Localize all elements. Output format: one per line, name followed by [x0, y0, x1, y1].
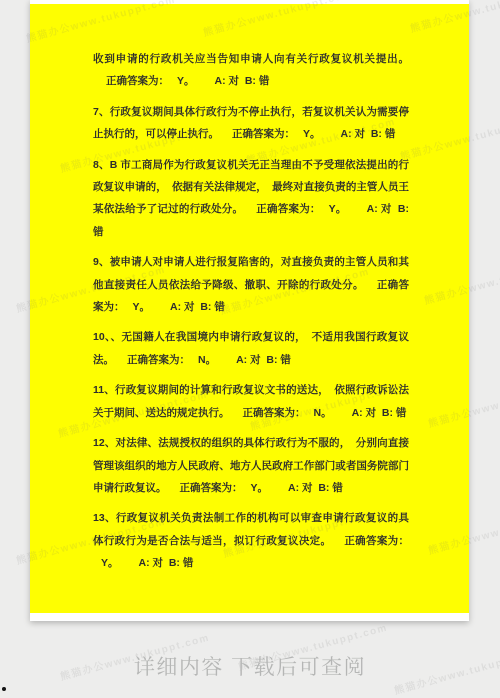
answer-options: A: 对 B: 错 [352, 407, 407, 419]
question-number: 10、 [93, 331, 111, 343]
answer-value: N。 [314, 407, 332, 419]
answer-options: A: 对 B: 错 [170, 301, 225, 313]
question-text: B 市工商局作为行政复议机关无正当理由不予受理依法提出的行政复议申请的， 依据有… [93, 159, 409, 216]
answer-value: Y。 [177, 75, 195, 87]
question-number: 7、 [93, 106, 110, 118]
answer-label: 正确答案为： [180, 482, 243, 494]
corner-dot [2, 687, 6, 691]
document-preview-screen: 收到申请的行政机关应当告知申请人向有关行政复议机关提出。正确答案为：Y。A: 对… [0, 0, 500, 698]
footer-caption: 详细内容 下载后可查阅 [0, 651, 500, 681]
question-paragraph: 7、行政复议期间具体行政行为不停止执行，若复议机关认为需要停止执行的，可以停止执… [93, 101, 409, 146]
question-paragraph: 8、B 市工商局作为行政复议机关无正当理由不予受理依法提出的行政复议申请的， 依… [93, 154, 409, 244]
page-card: 收到申请的行政机关应当告知申请人向有关行政复议机关提出。正确答案为：Y。A: 对… [30, 0, 469, 621]
answer-options: A: 对 B: 错 [341, 128, 396, 140]
question-number: 11、 [93, 384, 115, 396]
question-number: 9、 [93, 256, 110, 268]
question-text: 收到申请的行政机关应当告知申请人向有关行政复议机关提出。 [93, 53, 409, 65]
answer-options: A: 对 B: 错 [215, 75, 270, 87]
answer-options: A: 对 B: 错 [288, 482, 343, 494]
answer-label: 正确答案为： [344, 535, 409, 547]
answer-value: Y。 [251, 482, 269, 494]
question-paragraph: 11、行政复议期间的计算和行政复议文书的送达， 依照行政诉讼法关于期间、送达的规… [93, 379, 409, 424]
question-paragraph: 12、对法律、法规授权的组织的具体行政行为不服的， 分别向直接管理该组织的地方人… [93, 432, 409, 499]
answer-label: 正确答案为： [256, 203, 320, 215]
answer-value: Y。 [133, 301, 151, 313]
question-paragraph: 13、行政复议机关负责法制工作的机构可以审查申请行政复议的具体行政行为是否合法与… [93, 507, 409, 574]
question-paragraph: 收到申请的行政机关应当告知申请人向有关行政复议机关提出。正确答案为：Y。A: 对… [93, 48, 409, 93]
answer-label: 正确答案为： [106, 75, 169, 87]
answer-value: N。 [198, 354, 216, 366]
question-text: 被申请人对申请人进行报复陷害的，对直接负责的主管人员和其他直接责任人员依法给予降… [93, 256, 409, 290]
answer-value: Y。 [303, 128, 321, 140]
answer-value: Y。 [329, 203, 347, 215]
answer-options: A: 对 B: 错 [236, 354, 291, 366]
questions: 收到申请的行政机关应当告知申请人向有关行政复议机关提出。正确答案为：Y。A: 对… [93, 48, 409, 583]
answer-label: 正确答案为： [243, 407, 306, 419]
answer-label: 正确答案为： [232, 128, 295, 140]
question-paragraph: 9、被申请人对申请人进行报复陷害的，对直接负责的主管人员和其他直接责任人员依法给… [93, 251, 409, 318]
question-number: 12、 [93, 437, 116, 449]
question-number: 13、 [93, 512, 116, 524]
question-number: 8、 [93, 159, 110, 171]
question-paragraph: 10、、无国籍人在我国境内申请行政复议的， 不适用我国行政复议法。正确答案为：N… [93, 326, 409, 371]
answer-label: 正确答案为： [127, 354, 190, 366]
answer-options: A: 对 B: 错 [139, 557, 194, 569]
answer-value: Y。 [101, 557, 119, 569]
